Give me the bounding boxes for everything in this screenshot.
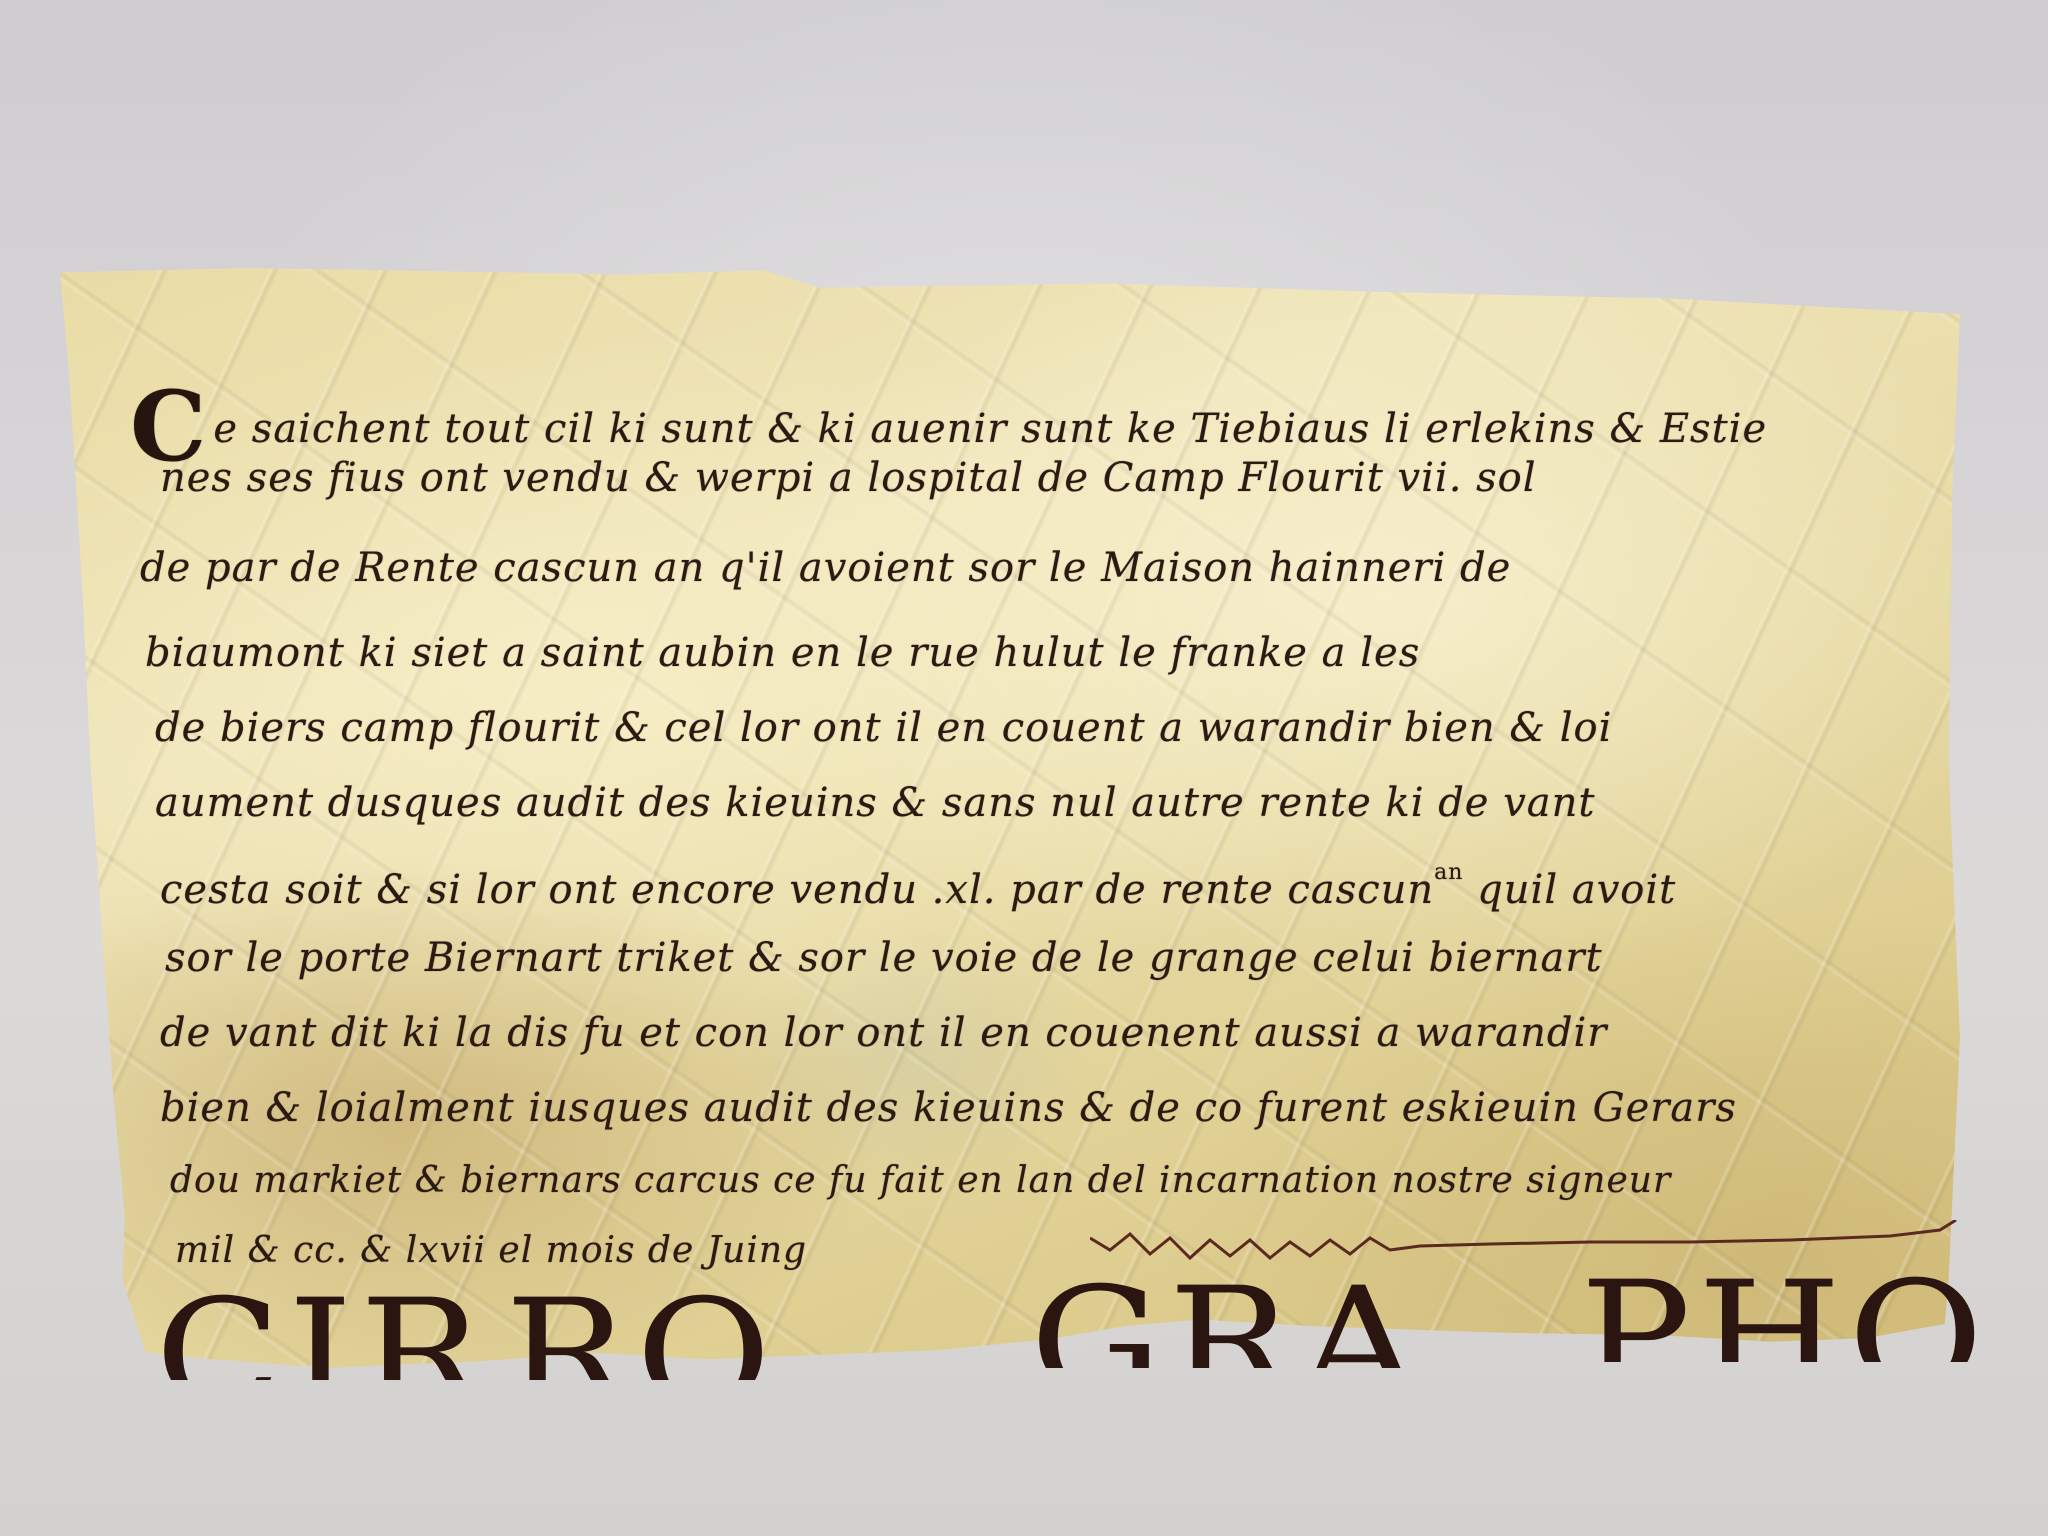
- photo-scene: Ce saichent tout cil ki sunt & ki auenir…: [0, 0, 2048, 1536]
- manuscript-line-9: de vant dit ki la dis fu et con lor ont …: [160, 1010, 1607, 1056]
- manuscript-line-12: mil & cc. & lxvii el mois de Juing: [175, 1230, 807, 1271]
- manuscript-line-8: sor le porte Biernart triket & sor le vo…: [165, 935, 1603, 981]
- line-text: de vant dit ki la dis fu et con lor ont …: [160, 1010, 1607, 1056]
- line-text: sor le porte Biernart triket & sor le vo…: [165, 935, 1603, 981]
- line-text: mil & cc. & lxvii el mois de Juing: [175, 1230, 807, 1271]
- line-text: aument dusques audit des kieuins & sans …: [155, 780, 1595, 826]
- line-text: bien & loialment iusques audit des kieui…: [160, 1085, 1737, 1131]
- chirograph-letters-1: CIR: [155, 1280, 490, 1380]
- manuscript-line-11: dou markiet & biernars carcus ce fu fait…: [170, 1160, 1671, 1201]
- line-text: de par de Rente cascun an q'il avoient s…: [140, 545, 1511, 591]
- manuscript-line-4: biaumont ki siet a saint aubin en le rue…: [145, 630, 1420, 676]
- manuscript-line-2: nes ses fius ont vendu & werpi a lospita…: [160, 455, 1537, 501]
- line-text: biaumont ki siet a saint aubin en le rue…: [145, 630, 1420, 676]
- line-text: dou markiet & biernars carcus ce fu fait…: [170, 1160, 1671, 1201]
- superscript-annotation: an: [1434, 860, 1463, 885]
- line-text-after: quil avoit: [1463, 867, 1676, 913]
- line-text: cesta soit & si lor ont encore vendu .xl…: [160, 867, 1434, 913]
- chirograph-letters-3: GRA: [1030, 1268, 1425, 1368]
- line-text: nes ses fius ont vendu & werpi a lospita…: [160, 455, 1537, 501]
- chirograph-letters-4: PHO: [1580, 1262, 1990, 1362]
- manuscript-line-3: de par de Rente cascun an q'il avoient s…: [140, 545, 1511, 591]
- manuscript-line-6: aument dusques audit des kieuins & sans …: [155, 780, 1595, 826]
- line-text: de biers camp flourit & cel lor ont il e…: [155, 705, 1612, 751]
- manuscript-line-5: de biers camp flourit & cel lor ont il e…: [155, 705, 1612, 751]
- chirograph-letters-2: RO: [505, 1280, 778, 1380]
- line-text: e saichent tout cil ki sunt & ki auenir …: [213, 406, 1767, 452]
- manuscript-line-7: cesta soit & si lor ont encore vendu .xl…: [160, 860, 1676, 913]
- manuscript-line-10: bien & loialment iusques audit des kieui…: [160, 1085, 1737, 1131]
